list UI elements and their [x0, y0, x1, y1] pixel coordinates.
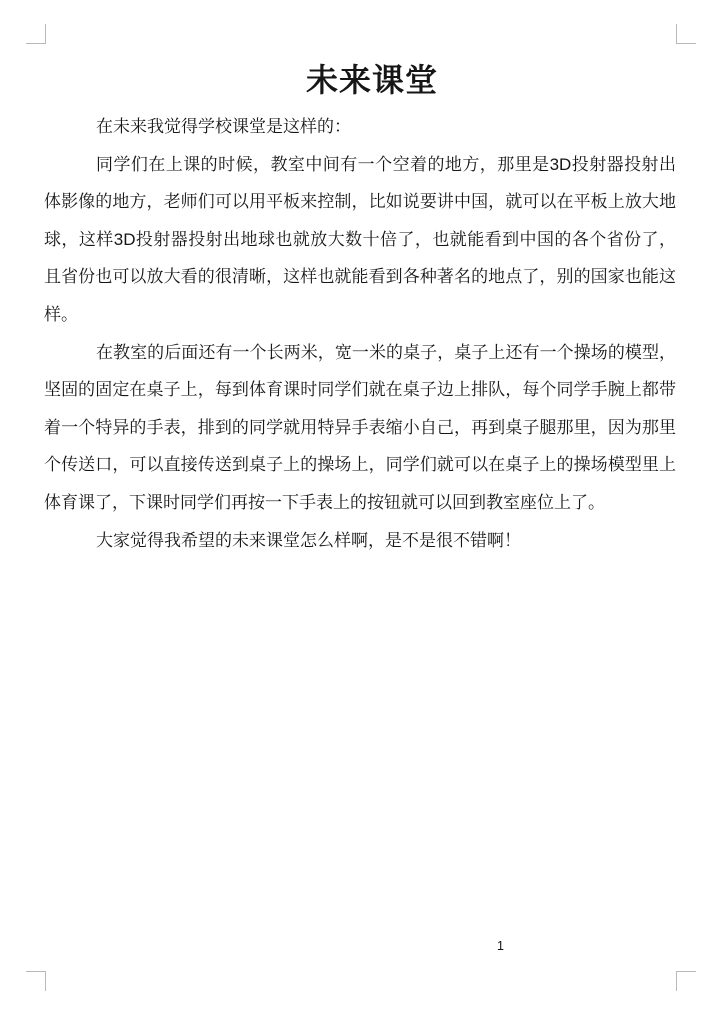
text-line: 且省份也可以放大看的很清晰，这样也就能看到各种著名的地点了，别的国家也能这 — [44, 258, 676, 296]
paragraph: 在教室的后面还有一个长两米，宽一米的桌子，桌子上还有一个操场的模型，坚固的固定在… — [44, 334, 676, 522]
text-line: 体影像的地方，老师们可以用平板来控制，比如说要讲中国，就可以在平板上放大地 — [44, 183, 676, 221]
text-line: 坚固的固定在桌子上，每到体育课时同学们就在桌子边上排队，每个同学手腕上都带 — [44, 371, 676, 409]
document-page: 未来课堂 在未来我觉得学校课堂是这样的：同学们在上课的时候，教室中间有一个空着的… — [0, 0, 720, 1013]
margin-mark-top-left-icon — [26, 24, 46, 44]
text-line: 同学们在上课的时候，教室中间有一个空着的地方，那里是3D投射器投射出物 — [44, 146, 676, 184]
text-line: 在教室的后面还有一个长两米，宽一米的桌子，桌子上还有一个操场的模型， — [44, 334, 676, 372]
paragraph: 大家觉得我希望的未来课堂怎么样啊，是不是很不错啊！ — [44, 522, 676, 560]
text-line: 着一个特异的手表，排到的同学就用特异手表缩小自己，再到桌子腿那里，因为那里是 — [44, 409, 676, 447]
margin-mark-bottom-left-icon — [26, 971, 46, 991]
margin-mark-top-right-icon — [676, 24, 696, 44]
text-line: 大家觉得我希望的未来课堂怎么样啊，是不是很不错啊！ — [44, 522, 676, 560]
document-title: 未来课堂 — [44, 58, 676, 102]
margin-mark-bottom-right-icon — [676, 971, 696, 991]
paragraph: 同学们在上课的时候，教室中间有一个空着的地方，那里是3D投射器投射出物体影像的地… — [44, 146, 676, 334]
text-line: 个传送口，可以直接传送到桌子上的操场上，同学们就可以在桌子上的操场模型里上 — [44, 446, 676, 484]
document-body: 在未来我觉得学校课堂是这样的：同学们在上课的时候，教室中间有一个空着的地方，那里… — [44, 108, 676, 559]
text-line: 球，这样3D投射器投射出地球也就放大数十倍了，也就能看到中国的各个省份了，而 — [44, 221, 676, 259]
text-line: 在未来我觉得学校课堂是这样的： — [44, 108, 676, 146]
text-line: 体育课了，下课时同学们再按一下手表上的按钮就可以回到教室座位上了。 — [44, 484, 676, 522]
page-content: 未来课堂 在未来我觉得学校课堂是这样的：同学们在上课的时候，教室中间有一个空着的… — [44, 58, 676, 559]
paragraph: 在未来我觉得学校课堂是这样的： — [44, 108, 676, 146]
text-line: 样。 — [44, 296, 676, 334]
page-number: 1 — [497, 939, 504, 953]
